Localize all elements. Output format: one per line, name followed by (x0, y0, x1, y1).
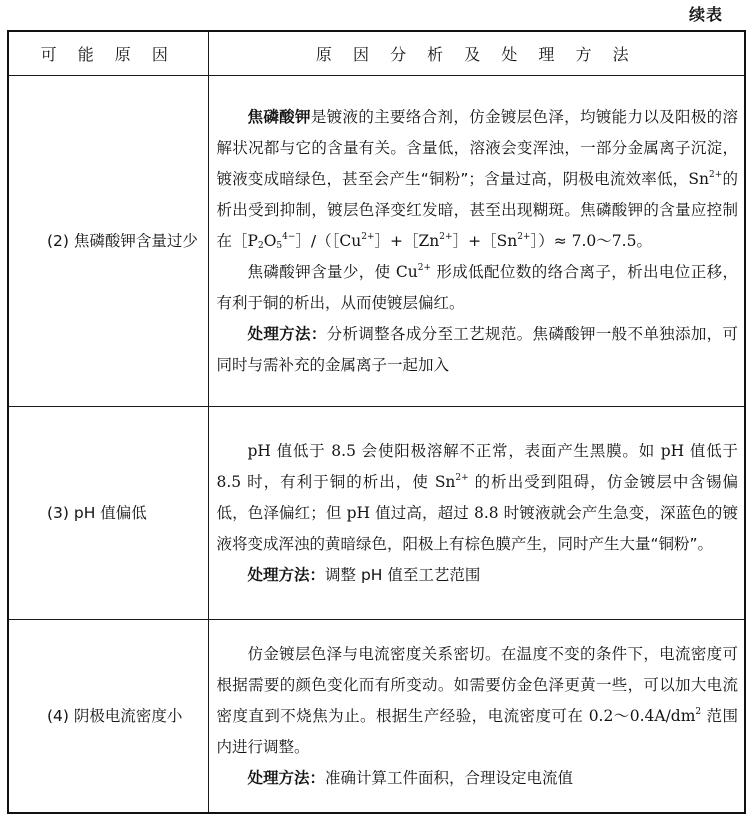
analysis-paragraph: 仿金镀层色泽与电流密度关系密切。在温度不变的条件下，电流密度可根据需要的颜色变化… (217, 639, 739, 763)
header-analysis-method: 原 因 分 析 及 处 理 方 法 (208, 31, 745, 76)
table-header-row: 可 能 原 因 原 因 分 析 及 处 理 方 法 (8, 31, 745, 76)
header-possible-cause: 可 能 原 因 (8, 31, 208, 76)
analysis-paragraph: 焦磷酸钾是镀液的主要络合剂，仿金镀层色泽，均镀能力以及阳极的溶解状况都与它的含量… (217, 102, 739, 257)
treatment-text: 准确计算工件面积，合理设定电流值 (325, 769, 573, 787)
table-row: (3) pH 值偏低 pH 值低于 8.5 会使阳极溶解不正常，表面产生黑膜。如… (8, 407, 745, 620)
table-row: (2) 焦磷酸钾含量过少 焦磷酸钾是镀液的主要络合剂，仿金镀层色泽，均镀能力以及… (8, 76, 745, 407)
cause-text: (2) 焦磷酸钾含量过少 (9, 226, 208, 257)
treatment-label: 处理方法： (248, 325, 327, 343)
treatment-label: 处理方法： (248, 566, 326, 584)
analysis-cell: 焦磷酸钾是镀液的主要络合剂，仿金镀层色泽，均镀能力以及阳极的溶解状况都与它的含量… (208, 76, 745, 407)
analysis-paragraph: 焦磷酸钾含量少，使 Cu2+ 形成低配位数的络合离子，析出电位正移，有利于铜的析… (217, 257, 739, 319)
treatment-paragraph: 处理方法：分析调整各成分至工艺规范。焦磷酸钾一般不单独添加，可同时与需补充的金属… (217, 319, 739, 381)
treatment-paragraph: 处理方法：准确计算工件面积，合理设定电流值 (217, 763, 739, 794)
treatment-text: 调整 pH 值至工艺范围 (325, 566, 480, 584)
treatment-label: 处理方法： (248, 769, 326, 787)
analysis-cell: 仿金镀层色泽与电流密度关系密切。在温度不变的条件下，电流密度可根据需要的颜色变化… (208, 620, 745, 814)
treatment-paragraph: 处理方法：调整 pH 值至工艺范围 (217, 560, 739, 591)
cause-cell: (2) 焦磷酸钾含量过少 (8, 76, 208, 407)
analysis-cell: pH 值低于 8.5 会使阳极溶解不正常，表面产生黑膜。如 pH 值低于 8.5… (208, 407, 745, 620)
cause-cell: (3) pH 值偏低 (8, 407, 208, 620)
analysis-paragraph: pH 值低于 8.5 会使阳极溶解不正常，表面产生黑膜。如 pH 值低于 8.5… (217, 436, 739, 560)
cause-text: (4) 阴极电流密度小 (9, 701, 208, 732)
table-row: (4) 阴极电流密度小 仿金镀层色泽与电流密度关系密切。在温度不变的条件下，电流… (8, 620, 745, 814)
cause-cell: (4) 阴极电流密度小 (8, 620, 208, 814)
continued-table-label: 续表 (689, 2, 723, 25)
cause-text: (3) pH 值偏低 (9, 498, 208, 529)
troubleshooting-table: 可 能 原 因 原 因 分 析 及 处 理 方 法 (2) 焦磷酸钾含量过少 焦… (7, 30, 746, 814)
